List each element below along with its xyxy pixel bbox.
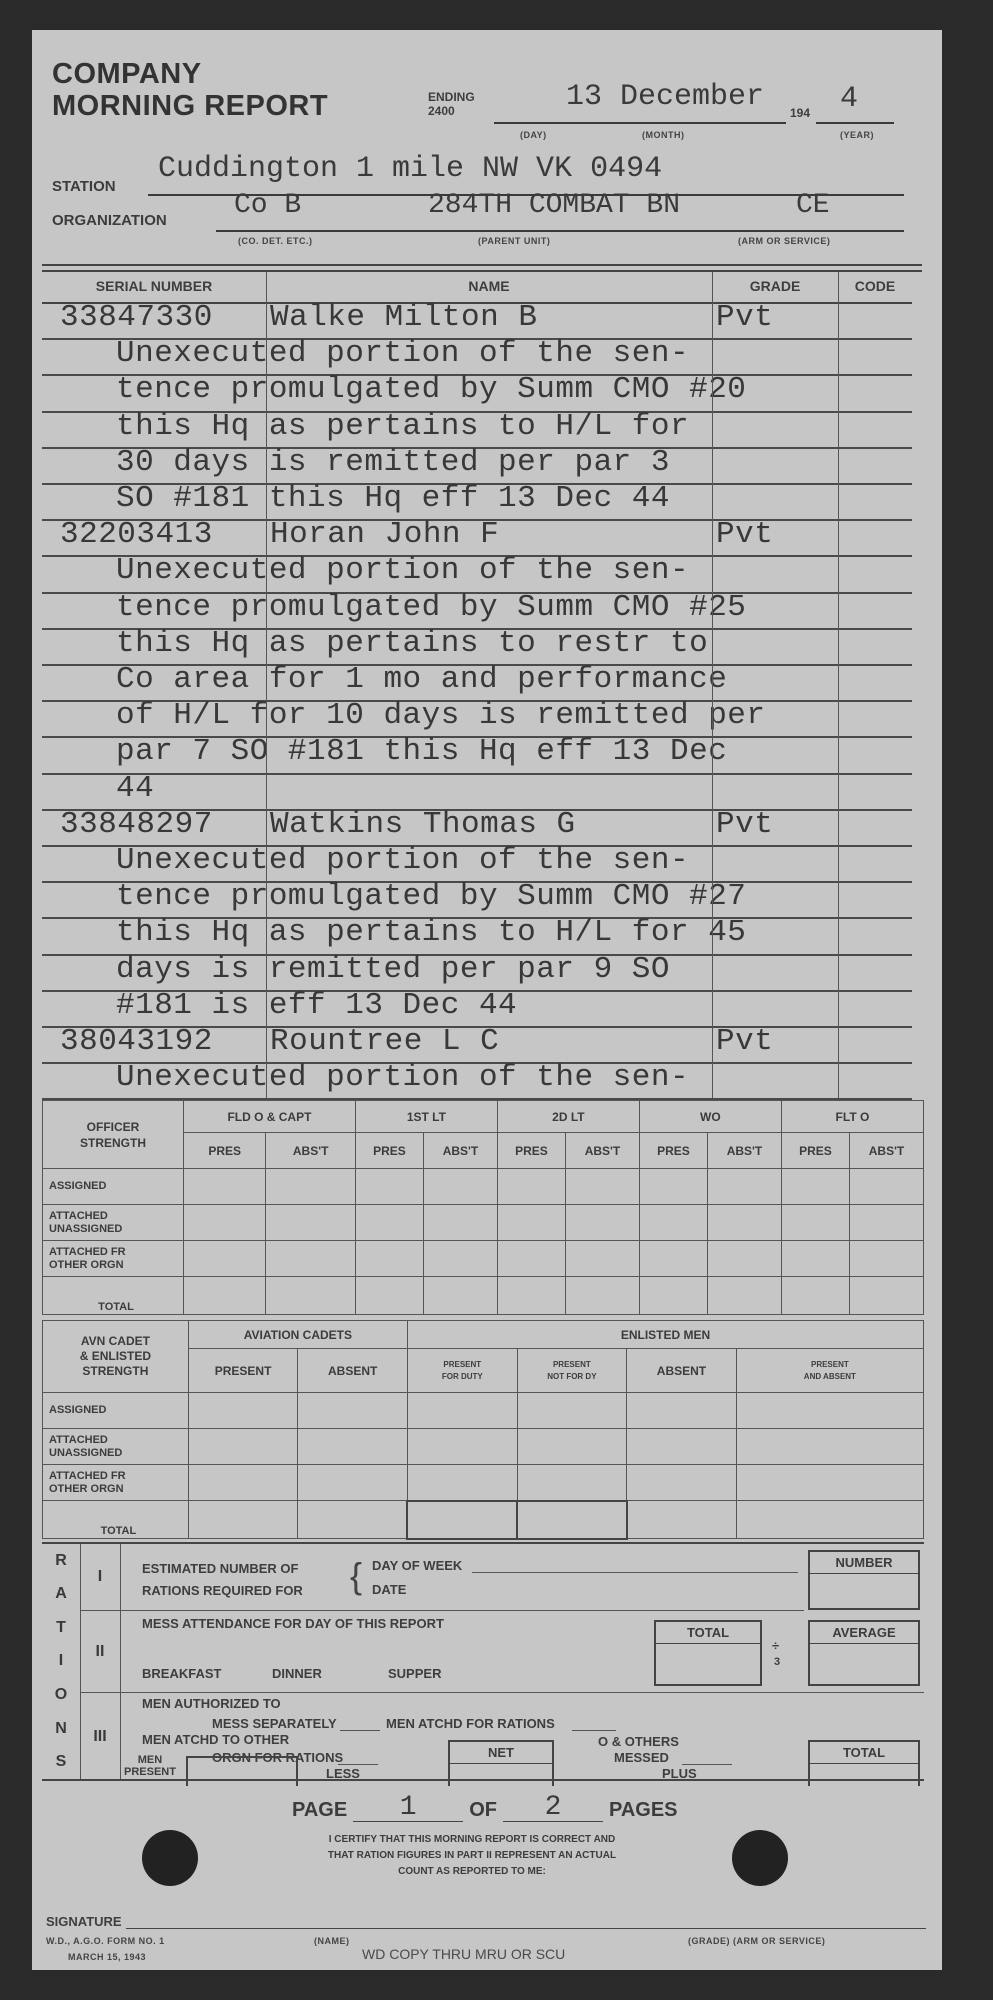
officer-subheader: ABS'T: [566, 1133, 640, 1169]
officer-subheader: ABS'T: [850, 1133, 924, 1169]
supper-label: SUPPER: [388, 1666, 441, 1681]
form-date: MARCH 15, 1943: [68, 1952, 146, 1962]
punch-hole: [142, 1830, 198, 1886]
remark-text: 44: [116, 771, 154, 806]
plus-label: PLUS: [662, 1766, 697, 1781]
enlisted-row-label: ATTACHED FROTHER ORGN: [43, 1465, 189, 1501]
officer-strength-cell[interactable]: [184, 1205, 266, 1241]
officer-strength-cell[interactable]: [355, 1205, 423, 1241]
pages-label: PAGES: [609, 1799, 678, 1822]
certify-line-2: THAT RATION FIGURES IN PART II REPRESENT…: [232, 1848, 712, 1864]
remark-row: tence promulgated by Summ CMO #25: [42, 592, 912, 630]
officer-strength-cell[interactable]: [639, 1205, 707, 1241]
officer-group-header: WO: [639, 1101, 781, 1133]
officer-strength-table: OFFICERSTRENGTHFLD O & CAPT1ST LT2D LTWO…: [42, 1100, 924, 1315]
dinner-label: DINNER: [272, 1666, 322, 1681]
atchd-rations-field[interactable]: [572, 1730, 616, 1731]
total-box-label: TOTAL: [656, 1622, 760, 1644]
divider: [42, 264, 922, 266]
serial-number: 33847330: [60, 300, 213, 335]
ending-time: 2400: [428, 104, 475, 118]
average-box-label: AVERAGE: [810, 1622, 918, 1644]
officer-subheader: ABS'T: [708, 1133, 782, 1169]
year-value: 4: [840, 82, 858, 116]
officer-strength-cell[interactable]: [708, 1277, 782, 1315]
date-label: DATE: [372, 1582, 406, 1597]
present-label: PRESENT: [124, 1766, 176, 1778]
arm-value: CE: [796, 190, 830, 221]
messed-label: MESSED: [614, 1750, 669, 1765]
station-label: STATION: [52, 178, 116, 195]
officer-strength-cell[interactable]: [266, 1241, 355, 1277]
remark-row: #181 is eff 13 Dec 44: [42, 990, 912, 1028]
other-orgn-field[interactable]: [338, 1764, 378, 1765]
officer-strength-cell[interactable]: [566, 1241, 640, 1277]
officer-subheader: PRES: [639, 1133, 707, 1169]
part-i-numeral: I: [80, 1544, 120, 1610]
officer-group-header: FLT O: [781, 1101, 923, 1133]
estimated-number-label: ESTIMATED NUMBER OF: [142, 1558, 303, 1580]
remark-row: this Hq as pertains to H/L for: [42, 411, 912, 449]
roster-entry-row: 33848297Watkins Thomas GPvt: [42, 809, 912, 847]
column-divider: [838, 272, 839, 1098]
officer-strength-cell[interactable]: [424, 1169, 498, 1205]
officer-group-header: 1ST LT: [355, 1101, 497, 1133]
officer-strength-cell[interactable]: [266, 1205, 355, 1241]
aviation-cadets-header: AVIATION CADETS: [188, 1321, 407, 1349]
officer-strength-cell[interactable]: [566, 1277, 640, 1315]
officer-strength-cell[interactable]: [566, 1205, 640, 1241]
officer-row-label: TOTAL: [43, 1277, 184, 1315]
officer-strength-cell[interactable]: [639, 1277, 707, 1315]
o-others-label: O & OTHERS: [598, 1734, 679, 1749]
year-prefix: 194: [790, 106, 810, 120]
officer-row-label: ATTACHEDUNASSIGNED: [43, 1205, 184, 1241]
enlisted-strength-cell[interactable]: [298, 1465, 408, 1501]
remark-text: tence promulgated by Summ CMO #25: [116, 590, 746, 625]
soldier-name: Rountree L C: [270, 1024, 499, 1059]
officer-group-header: FLD O & CAPT: [184, 1101, 356, 1133]
number-box-label: NUMBER: [810, 1552, 918, 1574]
men-authorized-label: MEN AUTHORIZED TO: [142, 1696, 281, 1711]
remark-row: this Hq as pertains to H/L for 45: [42, 917, 912, 955]
mess-total-box[interactable]: TOTAL: [654, 1620, 762, 1686]
enlisted-strength-cell[interactable]: [188, 1429, 298, 1465]
rations-total-label: TOTAL: [810, 1742, 918, 1764]
officer-strength-cell[interactable]: [639, 1241, 707, 1277]
enlisted-column-header: ABSENT: [627, 1349, 737, 1393]
copy-stamp: WD COPY THRU MRU OR SCU: [362, 1946, 565, 1962]
remark-text: tence promulgated by Summ CMO #27: [116, 879, 746, 914]
rations-letter: O: [55, 1686, 67, 1704]
enlisted-strength-cell[interactable]: [407, 1393, 517, 1429]
part-ii-numeral: II: [80, 1610, 120, 1693]
enlisted-strength-cell[interactable]: [298, 1501, 408, 1539]
officer-strength-cell[interactable]: [266, 1169, 355, 1205]
remark-row: Unexecuted portion of the sen-: [42, 845, 912, 883]
officer-strength-cell[interactable]: [850, 1241, 924, 1277]
enlisted-row-label: ASSIGNED: [43, 1393, 189, 1429]
of-label: OF: [469, 1799, 497, 1822]
remark-row: tence promulgated by Summ CMO #27: [42, 881, 912, 919]
men-present-box[interactable]: [186, 1756, 298, 1786]
certify-line-1: I CERTIFY THAT THIS MORNING REPORT IS CO…: [232, 1832, 712, 1848]
remark-text: this Hq as pertains to H/L for 45: [116, 915, 746, 950]
officer-strength-cell[interactable]: [355, 1241, 423, 1277]
enlisted-strength-cell[interactable]: [627, 1393, 737, 1429]
rations-letter: N: [55, 1720, 67, 1738]
part-iii-numeral: III: [80, 1692, 120, 1780]
enlisted-strength-cell[interactable]: [188, 1501, 298, 1539]
net-box-label: NET: [450, 1742, 552, 1764]
column-header-name: NAME: [266, 278, 712, 294]
enlisted-strength-cell[interactable]: [188, 1465, 298, 1501]
officer-strength-cell[interactable]: [355, 1169, 423, 1205]
remark-text: Unexecuted portion of the sen-: [116, 553, 689, 588]
page-count: PAGE 1 OF 2 PAGES: [292, 1795, 678, 1822]
officer-subheader: PRES: [355, 1133, 423, 1169]
officer-group-header: 2D LT: [497, 1101, 639, 1133]
enlisted-strength-cell[interactable]: [627, 1465, 737, 1501]
enlisted-strength-cell[interactable]: [298, 1429, 408, 1465]
mess-separately-field[interactable]: [340, 1730, 380, 1731]
column-header-serial-number: SERIAL NUMBER: [42, 278, 266, 294]
rations-side-label: RATIONS: [42, 1544, 81, 1779]
enlisted-men-header: ENLISTED MEN: [407, 1321, 923, 1349]
men-atchd-rations-label: MEN ATCHD FOR RATIONS: [386, 1716, 555, 1731]
title-line-2: MORNING REPORT: [52, 90, 328, 122]
remark-row: 30 days is remitted per par 3: [42, 447, 912, 485]
officer-strength-cell[interactable]: [424, 1205, 498, 1241]
page-number[interactable]: 1: [353, 1795, 463, 1822]
signature-field[interactable]: [126, 1928, 926, 1929]
enlisted-column-header: PRESENTFOR DUTY: [407, 1349, 517, 1393]
officer-strength-cell[interactable]: [781, 1277, 849, 1315]
brace-icon: {: [350, 1556, 362, 1596]
remark-text: Unexecuted portion of the sen-: [116, 336, 689, 371]
enlisted-strength-table: AVN CADET& ENLISTEDSTRENGTHAVIATION CADE…: [42, 1320, 924, 1540]
company-value: Co B: [234, 190, 301, 221]
rations-letter: R: [55, 1552, 67, 1570]
month-caption: (MONTH): [642, 130, 685, 140]
ending-text: ENDING: [428, 90, 475, 104]
enlisted-strength-cell[interactable]: [407, 1429, 517, 1465]
remark-text: this Hq as pertains to H/L for: [116, 409, 689, 444]
officer-strength-cell[interactable]: [184, 1169, 266, 1205]
remark-text: 30 days is remitted per par 3: [116, 445, 670, 480]
grade: Pvt: [716, 807, 773, 842]
officer-strength-cell[interactable]: [639, 1169, 707, 1205]
officer-subheader: PRES: [497, 1133, 565, 1169]
column-header-grade: GRADE: [712, 278, 838, 294]
enlisted-row-label: TOTAL: [43, 1501, 189, 1539]
grade: Pvt: [716, 517, 773, 552]
remark-text: of H/L for 10 days is remitted per: [116, 698, 766, 733]
officer-strength-cell[interactable]: [850, 1205, 924, 1241]
remark-row: Unexecuted portion of the sen-: [42, 1062, 912, 1100]
form-title: COMPANY MORNING REPORT: [52, 58, 328, 122]
serial-number: 33848297: [60, 807, 213, 842]
soldier-name: Watkins Thomas G: [270, 807, 576, 842]
remark-row: tence promulgated by Summ CMO #20: [42, 374, 912, 412]
parent-unit-value: 284TH COMBAT BN: [428, 190, 680, 221]
form-number: W.D., A.G.O. FORM NO. 1: [46, 1936, 165, 1946]
officer-subheader: ABS'T: [424, 1133, 498, 1169]
men-label: MEN: [124, 1754, 176, 1766]
enlisted-column-header: PRESENTAND ABSENT: [736, 1349, 923, 1393]
remark-row: SO #181 this Hq eff 13 Dec 44: [42, 483, 912, 521]
certify-line-3: COUNT AS REPORTED TO ME:: [232, 1864, 712, 1880]
remark-text: SO #181 this Hq eff 13 Dec 44: [116, 481, 670, 516]
rations-letter: T: [56, 1619, 66, 1637]
officer-strength-cell[interactable]: [708, 1241, 782, 1277]
mess-attendance-label: MESS ATTENDANCE FOR DAY OF THIS REPORT: [142, 1616, 444, 1631]
rations-letter: A: [55, 1585, 67, 1603]
morning-report-form: COMPANY MORNING REPORT ENDING 2400 13 De…: [32, 30, 942, 1970]
officer-strength-cell[interactable]: [850, 1277, 924, 1315]
remark-row: Unexecuted portion of the sen-: [42, 338, 912, 376]
officer-strength-cell[interactable]: [266, 1277, 355, 1315]
officer-subheader: PRES: [781, 1133, 849, 1169]
officer-subheader: PRES: [184, 1133, 266, 1169]
soldier-name: Walke Milton B: [270, 300, 537, 335]
enlisted-row-label: ATTACHEDUNASSIGNED: [43, 1429, 189, 1465]
enlisted-strength-cell[interactable]: [188, 1393, 298, 1429]
roster-entry-row: 32203413Horan John FPvt: [42, 519, 912, 557]
year-field[interactable]: 4: [816, 80, 894, 124]
remark-row: par 7 SO #181 this Hq eff 13 Dec: [42, 736, 912, 774]
ending-label: ENDING 2400: [428, 90, 475, 118]
remark-text: Unexecuted portion of the sen-: [116, 843, 689, 878]
total-pages[interactable]: 2: [503, 1795, 603, 1822]
rations-section: RATIONS I II III ESTIMATED NUMBER OF RAT…: [42, 1542, 924, 1781]
remark-text: par 7 SO #181 this Hq eff 13 Dec: [116, 734, 727, 769]
date-field[interactable]: 13 December: [494, 80, 786, 124]
day-of-week-label: DAY OF WEEK: [372, 1558, 462, 1573]
officer-strength-cell[interactable]: [355, 1277, 423, 1315]
enlisted-column-header: PRESENTNOT FOR DY: [517, 1349, 627, 1393]
cadet-column-header: PRESENT: [188, 1349, 298, 1393]
remark-text: Unexecuted portion of the sen-: [116, 1060, 689, 1095]
messed-field[interactable]: [682, 1764, 732, 1765]
officer-strength-cell[interactable]: [781, 1169, 849, 1205]
officer-strength-cell[interactable]: [184, 1277, 266, 1315]
remark-text: days is remitted per par 9 SO: [116, 952, 670, 987]
parent-unit-caption: (PARENT UNIT): [478, 236, 550, 246]
page-label: PAGE: [292, 1799, 347, 1822]
officer-strength-cell[interactable]: [184, 1241, 266, 1277]
roster-entry-row: 38043192Rountree L CPvt: [42, 1026, 912, 1064]
rations-required-label: RATIONS REQUIRED FOR: [142, 1580, 303, 1602]
enlisted-strength-cell[interactable]: [517, 1465, 627, 1501]
column-header-code: CODE: [838, 278, 912, 294]
enlisted-strength-cell[interactable]: [736, 1393, 923, 1429]
enlisted-strength-cell[interactable]: [736, 1429, 923, 1465]
serial-number: 32203413: [60, 517, 213, 552]
officer-strength-cell[interactable]: [497, 1205, 565, 1241]
enlisted-strength-cell[interactable]: [517, 1393, 627, 1429]
officer-strength-cell[interactable]: [566, 1169, 640, 1205]
enlisted-strength-cell[interactable]: [517, 1501, 627, 1539]
company-caption: (CO. DET. ETC.): [238, 236, 313, 246]
remark-row: days is remitted per par 9 SO: [42, 954, 912, 992]
roster-entry-row: 33847330Walke Milton BPvt: [42, 302, 912, 340]
remark-row: of H/L for 10 days is remitted per: [42, 700, 912, 738]
mess-separately-label: MESS SEPARATELY: [212, 1716, 337, 1731]
remark-row: Co area for 1 mo and performance: [42, 664, 912, 702]
enlisted-strength-cell[interactable]: [627, 1429, 737, 1465]
officer-strength-cell[interactable]: [781, 1241, 849, 1277]
officer-strength-cell[interactable]: [708, 1205, 782, 1241]
rations-letter: S: [56, 1753, 67, 1771]
officer-strength-cell[interactable]: [850, 1169, 924, 1205]
station-value: Cuddington 1 mile NW VK 0494: [158, 152, 662, 186]
remark-text: this Hq as pertains to restr to: [116, 626, 708, 661]
divisor: 3: [774, 1656, 780, 1668]
name-caption: (NAME): [314, 1936, 350, 1946]
remark-row: Unexecuted portion of the sen-: [42, 555, 912, 593]
ration-number-box[interactable]: NUMBER: [808, 1550, 920, 1610]
column-divider: [712, 272, 713, 1098]
organization-field[interactable]: Co B 284TH COMBAT BN CE: [216, 190, 904, 232]
year-caption: (YEAR): [840, 130, 874, 140]
remark-row: 44: [42, 773, 912, 811]
enlisted-strength-cell[interactable]: [298, 1393, 408, 1429]
officer-strength-cell[interactable]: [781, 1205, 849, 1241]
officer-subheader: ABS'T: [266, 1133, 355, 1169]
less-label: LESS: [326, 1766, 360, 1781]
punch-hole: [732, 1830, 788, 1886]
officer-strength-title: OFFICERSTRENGTH: [43, 1101, 184, 1169]
grade: Pvt: [716, 300, 773, 335]
officer-strength-cell[interactable]: [424, 1241, 498, 1277]
enlisted-strength-title: AVN CADET& ENLISTEDSTRENGTH: [43, 1321, 189, 1393]
column-divider: [266, 272, 267, 1098]
remark-text: Co area for 1 mo and performance: [116, 662, 727, 697]
breakfast-label: BREAKFAST: [142, 1666, 221, 1681]
date-value: 13 December: [566, 80, 764, 114]
serial-number: 38043192: [60, 1024, 213, 1059]
officer-strength-cell[interactable]: [497, 1277, 565, 1315]
officer-strength-cell[interactable]: [708, 1169, 782, 1205]
officer-row-label: ASSIGNED: [43, 1169, 184, 1205]
rations-total-box[interactable]: TOTAL: [808, 1740, 920, 1786]
arm-caption: (ARM OR SERVICE): [738, 236, 830, 246]
officer-strength-cell[interactable]: [497, 1169, 565, 1205]
day-caption: (DAY): [520, 130, 547, 140]
officer-row-label: ATTACHED FROTHER ORGN: [43, 1241, 184, 1277]
day-of-week-field[interactable]: [472, 1572, 798, 1573]
average-box[interactable]: AVERAGE: [808, 1620, 920, 1686]
organization-label: ORGANIZATION: [52, 212, 167, 229]
men-atchd-other-label: MEN ATCHD TO OTHER: [142, 1732, 289, 1747]
enlisted-strength-cell[interactable]: [736, 1501, 923, 1539]
cadet-column-header: ABSENT: [298, 1349, 408, 1393]
enlisted-strength-cell[interactable]: [407, 1501, 517, 1539]
enlisted-strength-cell[interactable]: [407, 1465, 517, 1501]
net-box[interactable]: NET: [448, 1740, 554, 1786]
remark-text: #181 is eff 13 Dec 44: [116, 988, 517, 1023]
enlisted-strength-cell[interactable]: [517, 1429, 627, 1465]
enlisted-strength-cell[interactable]: [736, 1465, 923, 1501]
certification-text: I CERTIFY THAT THIS MORNING REPORT IS CO…: [232, 1832, 712, 1880]
remark-text: tence promulgated by Summ CMO #20: [116, 372, 746, 407]
grade: Pvt: [716, 1024, 773, 1059]
enlisted-strength-cell[interactable]: [627, 1501, 737, 1539]
remark-row: this Hq as pertains to restr to: [42, 628, 912, 666]
grade-caption: (GRADE) (ARM OR SERVICE): [688, 1936, 825, 1946]
title-line-1: COMPANY: [52, 58, 328, 90]
signature-label: SIGNATURE: [46, 1914, 122, 1929]
officer-strength-cell[interactable]: [424, 1277, 498, 1315]
soldier-name: Horan John F: [270, 517, 499, 552]
officer-strength-cell[interactable]: [497, 1241, 565, 1277]
divide-icon: ÷: [772, 1638, 779, 1653]
rations-letter: I: [59, 1652, 63, 1670]
